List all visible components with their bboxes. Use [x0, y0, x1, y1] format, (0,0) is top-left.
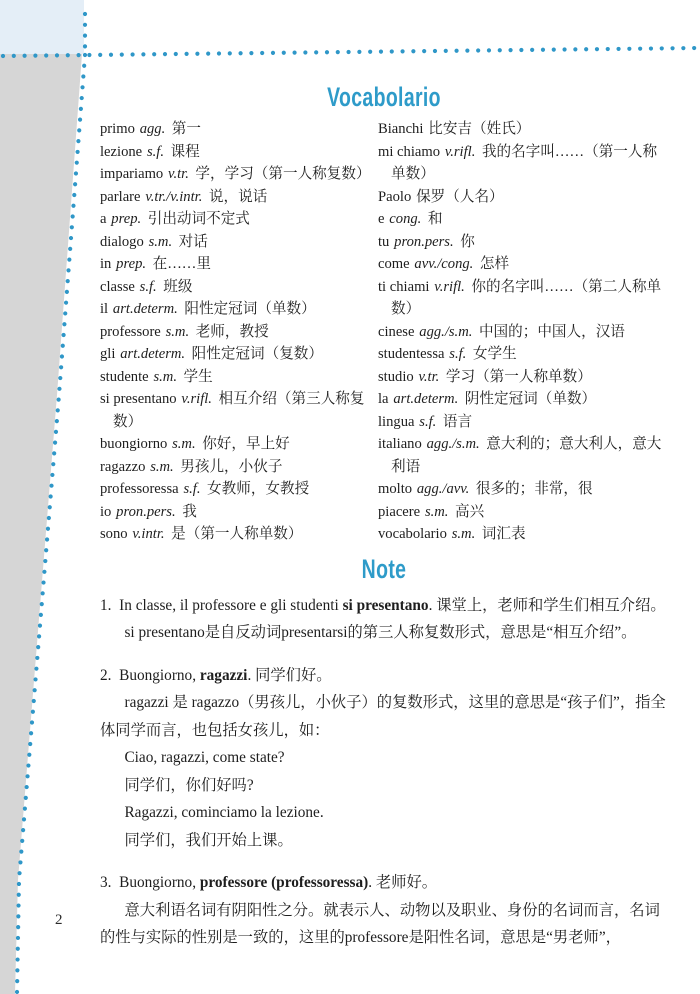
vocabulary-columns: primoagg.第一 leziones.f.课程 impariamov.tr.… [100, 118, 668, 546]
vocab-word: lezione [100, 144, 142, 160]
note-example-line: Ciao, ragazzi, come state? [124, 744, 668, 772]
vocab-entry: primoagg.第一 [100, 118, 378, 141]
vocab-entry: piaceres.m.高兴 [378, 501, 668, 524]
vocab-word: ragazzo [100, 459, 145, 475]
vocab-word: studente [100, 369, 149, 385]
note-head-bold: professore (professoressa) [200, 874, 368, 891]
vocab-translation: 和 [428, 211, 443, 227]
vocab-entry: impariamov.tr.学，学习（第一人称复数） [100, 163, 378, 186]
vocab-part-of-speech: s.m. [452, 526, 476, 542]
vocab-part-of-speech: prep. [111, 211, 141, 227]
vocab-part-of-speech: cong. [389, 211, 421, 227]
vocab-word: primo [100, 121, 135, 137]
vocab-word: italiano [378, 436, 422, 452]
vocab-word: molto [378, 481, 412, 497]
vocab-translation: 你好，早上好 [202, 436, 290, 452]
note-number: 1. [100, 597, 111, 614]
vocab-translation: 阳性定冠词（单数） [184, 301, 315, 317]
note-head: 1.In classe, il professore e gli student… [100, 592, 668, 620]
vocab-translation: 引出动词不定式 [148, 211, 250, 227]
vocab-entry: dialogos.m.对话 [100, 231, 378, 254]
vocab-entry: laart.determ.阴性定冠词（单数） [378, 388, 668, 411]
vocab-translation: 词汇表 [482, 526, 526, 542]
vocab-part-of-speech: v.tr. [168, 166, 189, 182]
vocab-part-of-speech: v.tr./v.intr. [145, 189, 202, 205]
vocab-part-of-speech: s.f. [140, 279, 157, 295]
vocab-part-of-speech: v.tr. [419, 369, 440, 385]
vocab-translation: 学，学习（第一人称复数） [195, 166, 370, 182]
note-example-line: 同学们，你们好吗? [124, 772, 668, 800]
vocab-word: io [100, 504, 111, 520]
vocab-word: lingua [378, 414, 414, 430]
vocab-translation: 老师，教授 [196, 324, 269, 340]
vocab-word: professore [100, 324, 161, 340]
vocab-entry: studentes.m.学生 [100, 366, 378, 389]
vocab-part-of-speech: s.f. [183, 481, 200, 497]
vocab-entry: econg.和 [378, 208, 668, 231]
note-head-text: Buongiorno, [119, 667, 200, 684]
page-content: Vocabolario primoagg.第一 leziones.f.课程 im… [100, 82, 668, 967]
vocab-word: come [378, 256, 410, 272]
note-number: 2. [100, 667, 111, 684]
note-head-text: . 老师好。 [368, 874, 437, 891]
note-example-line: 同学们，我们开始上课。 [124, 827, 668, 855]
notes-section: 1.In classe, il professore e gli student… [100, 592, 668, 952]
vocab-entry: buongiornos.m.你好，早上好 [100, 433, 378, 456]
note-example-line: Ragazzi, cominciamo la lezione. [124, 799, 668, 827]
vocab-part-of-speech: s.m. [425, 504, 449, 520]
vocab-word: la [378, 391, 389, 407]
vocab-word: il [100, 301, 108, 317]
note-item-3: 3.Buongiorno, professore (professoressa)… [100, 869, 668, 952]
vocab-translation: 女教师，女教授 [207, 481, 309, 497]
vocab-entry: ti chiamiv.rifl.你的名字叫……（第二人称单数） [378, 276, 668, 321]
vocab-part-of-speech: art.determ. [120, 346, 185, 362]
vocab-entry: professores.m.老师，教授 [100, 321, 378, 344]
vocab-entry: mi chiamov.rifl.我的名字叫……（第一人称单数） [378, 141, 668, 186]
note-head: 3.Buongiorno, professore (professoressa)… [100, 869, 668, 897]
vocab-word: gli [100, 346, 115, 362]
vocab-entry: vocabolarios.m.词汇表 [378, 523, 668, 546]
note-head-text: Buongiorno, [119, 874, 200, 891]
vocab-word: studentessa [378, 346, 444, 362]
vocab-translation: 阳性定冠词（复数） [192, 346, 323, 362]
vocab-entry: italianoagg./s.m.意大利的；意大利人，意大利语 [378, 433, 668, 478]
vocab-word: parlare [100, 189, 141, 205]
note-paragraph: si presentano是自反动词presentarsi的第三人称复数形式，意… [100, 619, 668, 647]
vocab-part-of-speech: avv./cong. [414, 256, 473, 272]
vocab-part-of-speech: v.rifl. [181, 391, 212, 407]
vocab-word: vocabolario [378, 526, 447, 542]
vocab-part-of-speech: agg./s.m. [419, 324, 472, 340]
vocab-column-left: primoagg.第一 leziones.f.课程 impariamov.tr.… [100, 118, 378, 546]
vocab-part-of-speech: v.intr. [132, 526, 164, 542]
vocab-part-of-speech: s.m. [172, 436, 196, 452]
vocab-word: piacere [378, 504, 420, 520]
vocab-translation: 学习（第一人称单数） [446, 369, 592, 385]
vocab-part-of-speech: s.f. [419, 414, 436, 430]
page-number: 2 [55, 912, 63, 929]
vocab-part-of-speech: s.m. [150, 459, 174, 475]
vocab-part-of-speech: pron.pers. [394, 234, 453, 250]
note-paragraph: ragazzi 是 ragazzo（男孩儿，小伙子）的复数形式，这里的意思是“孩… [100, 689, 668, 744]
vocab-translation: 课程 [171, 144, 200, 160]
vocab-part-of-speech: pron.pers. [116, 504, 175, 520]
vocab-entry: parlarev.tr./v.intr.说，说话 [100, 186, 378, 209]
vocab-entry: gliart.determ.阳性定冠词（复数） [100, 343, 378, 366]
vocab-translation: 你的名字叫……（第二人称单数） [391, 279, 661, 318]
vocab-part-of-speech: s.m. [153, 369, 177, 385]
note-head-bold: ragazzi [200, 667, 248, 684]
note-head-text: . 同学们好。 [247, 667, 331, 684]
vocab-part-of-speech: v.rifl. [445, 144, 476, 160]
vocab-translation: 保罗（人名） [416, 189, 504, 205]
vocab-column-right: Bianchi比安吉（姓氏） mi chiamov.rifl.我的名字叫……（第… [378, 118, 668, 546]
vocab-word: sono [100, 526, 128, 542]
vocab-word: tu [378, 234, 389, 250]
vocab-word: in [100, 256, 111, 272]
vocab-word: cinese [378, 324, 414, 340]
note-head: 2.Buongiorno, ragazzi. 同学们好。 [100, 662, 668, 690]
vocabolario-title: Vocabolario [100, 82, 668, 112]
vocab-entry: comeavv./cong.怎样 [378, 253, 668, 276]
vocab-entry: ilart.determ.阳性定冠词（单数） [100, 298, 378, 321]
vocab-word: ti chiami [378, 279, 429, 295]
vocabolario-title-text: Vocabolario [327, 82, 441, 112]
vocab-part-of-speech: art.determ. [393, 391, 458, 407]
vocab-translation: 班级 [163, 279, 192, 295]
vocab-word: studio [378, 369, 414, 385]
vocabulary-section: primoagg.第一 leziones.f.课程 impariamov.tr.… [100, 118, 668, 546]
vocab-translation: 高兴 [455, 504, 484, 520]
note-item-1: 1.In classe, il professore e gli student… [100, 592, 668, 647]
vocab-word: a [100, 211, 106, 227]
vocab-translation: 是（第一人称单数） [171, 526, 302, 542]
vocab-word: mi chiamo [378, 144, 440, 160]
vocab-entry: sonov.intr.是（第一人称单数） [100, 523, 378, 546]
vocab-translation: 你 [460, 234, 475, 250]
vocab-part-of-speech: art.determ. [113, 301, 178, 317]
vocab-word: buongiorno [100, 436, 167, 452]
note-title: Note [100, 554, 668, 584]
vocab-translation: 第一 [172, 121, 201, 137]
vocab-translation: 男孩儿，小伙子 [180, 459, 282, 475]
vocab-word: classe [100, 279, 135, 295]
vocab-translation: 女学生 [473, 346, 517, 362]
vocab-entry: si presentanov.rifl.相互介绍（第三人称复数） [100, 388, 378, 433]
vocab-entry: tupron.pers.你 [378, 231, 668, 254]
vocab-entry: iopron.pers.我 [100, 501, 378, 524]
vocab-translation: 说，说话 [209, 189, 267, 205]
vocab-part-of-speech: prep. [116, 256, 146, 272]
vocab-translation: 阴性定冠词（单数） [465, 391, 596, 407]
vocab-translation: 中国的；中国人，汉语 [479, 324, 625, 340]
vocab-entry: linguas.f.语言 [378, 411, 668, 434]
vocab-word: Bianchi [378, 121, 423, 137]
vocab-entry: professoressas.f.女教师，女教授 [100, 478, 378, 501]
vocab-word: e [378, 211, 384, 227]
vocab-entry: Paolo保罗（人名） [378, 186, 668, 209]
vocab-part-of-speech: s.m. [166, 324, 190, 340]
scanned-page-edge [0, 54, 82, 994]
vocab-translation: 很多的；非常，很 [476, 481, 593, 497]
vocab-translation: 我 [182, 504, 197, 520]
corner-blue-block [0, 0, 84, 54]
note-head-bold: si presentano [343, 597, 429, 614]
vocab-part-of-speech: s.f. [147, 144, 164, 160]
vocab-part-of-speech: v.rifl. [434, 279, 465, 295]
note-number: 3. [100, 874, 111, 891]
vocab-entry: studiov.tr.学习（第一人称单数） [378, 366, 668, 389]
note-item-2: 2.Buongiorno, ragazzi. 同学们好。 ragazzi 是 r… [100, 662, 668, 855]
vocab-translation: 怎样 [480, 256, 509, 272]
vocab-entry: inprep.在……里 [100, 253, 378, 276]
vocab-entry: aprep.引出动词不定式 [100, 208, 378, 231]
vocab-translation: 在……里 [153, 256, 211, 272]
vocab-part-of-speech: s.f. [449, 346, 466, 362]
vocab-translation: 对话 [179, 234, 208, 250]
vocab-part-of-speech: s.m. [149, 234, 173, 250]
vocab-word: dialogo [100, 234, 144, 250]
vocab-word: si presentano [100, 391, 177, 407]
note-head-text: . 课堂上，老师和学生们相互介绍。 [429, 597, 666, 614]
vocab-entry: ragazzos.m.男孩儿，小伙子 [100, 456, 378, 479]
vocab-word: professoressa [100, 481, 179, 497]
note-head-text: In classe, il professore e gli studenti [119, 597, 342, 614]
vocab-entry: moltoagg./avv.很多的；非常，很 [378, 478, 668, 501]
vocab-part-of-speech: agg. [140, 121, 166, 137]
vocab-entry: classes.f.班级 [100, 276, 378, 299]
vocab-entry: studentessas.f.女学生 [378, 343, 668, 366]
vocab-translation: 学生 [184, 369, 213, 385]
vocab-translation: 语言 [443, 414, 472, 430]
vocab-entry: Bianchi比安吉（姓氏） [378, 118, 668, 141]
vocab-entry: cineseagg./s.m.中国的；中国人，汉语 [378, 321, 668, 344]
note-paragraph: 意大利语名词有阴阳性之分。就表示人、动物以及职业、身份的名词而言，名词的性与实际… [100, 897, 668, 952]
vocab-entry: leziones.f.课程 [100, 141, 378, 164]
dotted-line-horizontal [3, 48, 698, 56]
vocab-word: impariamo [100, 166, 163, 182]
note-title-text: Note [362, 554, 407, 584]
vocab-word: Paolo [378, 189, 411, 205]
vocab-part-of-speech: agg./s.m. [427, 436, 480, 452]
vocab-part-of-speech: agg./avv. [417, 481, 469, 497]
vocab-translation: 比安吉（姓氏） [428, 121, 530, 137]
